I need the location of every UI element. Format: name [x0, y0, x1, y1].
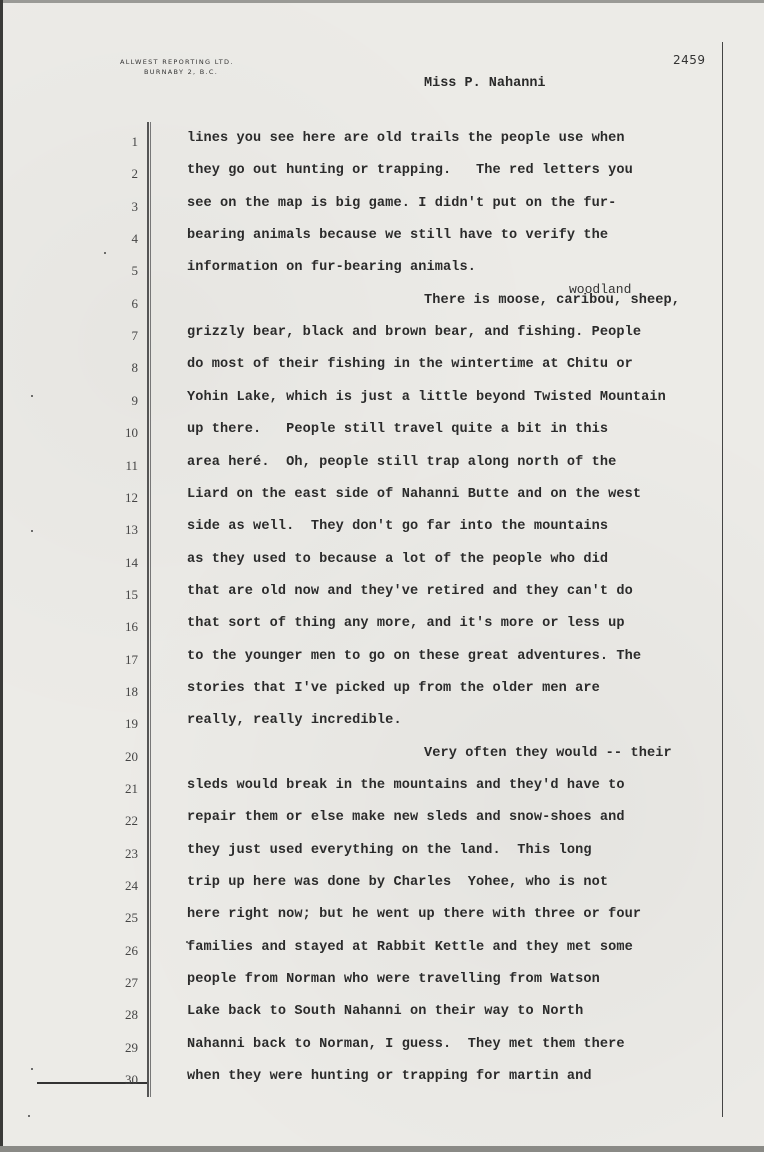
transcript-line: 5information on fur-bearing animals.: [0, 260, 764, 282]
line-text: here right now; but he went up there wit…: [187, 907, 641, 922]
line-text: Yohin Lake, which is just a little beyon…: [187, 390, 666, 405]
line-number: 22: [100, 813, 138, 829]
line-number: 1: [100, 134, 138, 150]
line-text: grizzly bear, black and brown bear, and …: [187, 325, 641, 340]
transcript-line: 13side as well. They don't go far into t…: [0, 519, 764, 541]
line-number: 19: [100, 716, 138, 732]
line-text: Lake back to South Nahanni on their way …: [187, 1004, 583, 1019]
line-text: stories that I've picked up from the old…: [187, 681, 600, 696]
line-text: as they used to because a lot of the peo…: [187, 552, 608, 567]
line-text: that sort of thing any more, and it's mo…: [187, 616, 625, 631]
transcript-line: 8do most of their fishing in the wintert…: [0, 357, 764, 379]
line-number: 4: [100, 231, 138, 247]
line-text: area heré. Oh, people still trap along n…: [187, 455, 616, 470]
transcript-line: 14as they used to because a lot of the p…: [0, 552, 764, 574]
page-edge-top: [0, 0, 764, 3]
line-number: 14: [100, 555, 138, 571]
transcript-line: 26families and stayed at Rabbit Kettle a…: [0, 940, 764, 962]
line-number: 13: [100, 522, 138, 538]
speck: [186, 941, 188, 943]
line-number: 26: [100, 943, 138, 959]
line-number: 29: [100, 1040, 138, 1056]
line-number: 3: [100, 199, 138, 215]
line-number: 8: [100, 360, 138, 376]
transcript-line: 30when they were hunting or trapping for…: [0, 1069, 764, 1091]
line-text: Liard on the east side of Nahanni Butte …: [187, 487, 641, 502]
reporter-location: BURNABY 2, B.C.: [120, 67, 234, 77]
transcript-line: 9Yohin Lake, which is just a little beyo…: [0, 390, 764, 412]
speck: [28, 1115, 30, 1117]
line-text: side as well. They don't go far into the…: [187, 519, 608, 534]
transcript-line: 27people from Norman who were travelling…: [0, 972, 764, 994]
line-text: repair them or else make new sleds and s…: [187, 810, 625, 825]
line-text: up there. People still travel quite a bi…: [187, 422, 608, 437]
line-number: 15: [100, 587, 138, 603]
line-number: 18: [100, 684, 138, 700]
line-text: they go out hunting or trapping. The red…: [187, 163, 633, 178]
line-text: lines you see here are old trails the pe…: [187, 131, 625, 146]
witness-name: Miss P. Nahanni: [424, 76, 546, 91]
line-number: 16: [100, 619, 138, 635]
line-text: they just used everything on the land. T…: [187, 843, 592, 858]
transcript-line: 28Lake back to South Nahanni on their wa…: [0, 1004, 764, 1026]
line-number: 2: [100, 166, 138, 182]
speck: [31, 530, 33, 532]
reporter-stamp: ALLWEST REPORTING LTD. BURNABY 2, B.C.: [120, 57, 234, 77]
transcript-page: ALLWEST REPORTING LTD. BURNABY 2, B.C. 2…: [0, 0, 764, 1152]
transcript-line: 12Liard on the east side of Nahanni Butt…: [0, 487, 764, 509]
transcript-line: 1lines you see here are old trails the p…: [0, 131, 764, 153]
transcript-line: 20Very often they would -- their: [0, 746, 764, 768]
line-number: 6: [100, 296, 138, 312]
page-edge-bottom: [0, 1146, 764, 1152]
line-text: really, really incredible.: [187, 713, 402, 728]
line-text: to the younger men to go on these great …: [187, 649, 641, 664]
line-number: 30: [100, 1072, 138, 1088]
reporter-name: ALLWEST REPORTING LTD.: [120, 57, 234, 67]
line-text: do most of their fishing in the winterti…: [187, 357, 633, 372]
transcript-line: 18stories that I've picked up from the o…: [0, 681, 764, 703]
line-text: bearing animals because we still have to…: [187, 228, 608, 243]
line-number: 21: [100, 781, 138, 797]
line-number: 27: [100, 975, 138, 991]
line-number: 11: [100, 458, 138, 474]
line-number: 17: [100, 652, 138, 668]
transcript-line: 29Nahanni back to Norman, I guess. They …: [0, 1037, 764, 1059]
transcript-line: 21sleds would break in the mountains and…: [0, 778, 764, 800]
transcript-line: 7grizzly bear, black and brown bear, and…: [0, 325, 764, 347]
line-text: trip up here was done by Charles Yohee, …: [187, 875, 608, 890]
speck: [104, 252, 106, 254]
transcript-line: 15that are old now and they've retired a…: [0, 584, 764, 606]
transcript-line: 11area heré. Oh, people still trap along…: [0, 455, 764, 477]
line-number: 5: [100, 263, 138, 279]
transcript-line: 6There is moose, caribou, sheep,: [0, 293, 764, 315]
line-number: 24: [100, 878, 138, 894]
line-text: people from Norman who were travelling f…: [187, 972, 600, 987]
line-number: 25: [100, 910, 138, 926]
transcript-line: 19really, really incredible.: [0, 713, 764, 735]
transcript-line: 25here right now; but he went up there w…: [0, 907, 764, 929]
transcript-line: 16that sort of thing any more, and it's …: [0, 616, 764, 638]
line-text: Very often they would -- their: [424, 746, 672, 761]
line-number: 20: [100, 749, 138, 765]
transcript-line: 10up there. People still travel quite a …: [0, 422, 764, 444]
speck: [31, 1068, 33, 1070]
page-number: 2459: [673, 53, 706, 67]
transcript-line: 23they just used everything on the land.…: [0, 843, 764, 865]
line-text: There is moose, caribou, sheep,: [424, 293, 680, 308]
line-text: families and stayed at Rabbit Kettle and…: [187, 940, 633, 955]
line-text: see on the map is big game. I didn't put…: [187, 196, 616, 211]
line-number: 10: [100, 425, 138, 441]
line-text: sleds would break in the mountains and t…: [187, 778, 625, 793]
line-number: 9: [100, 393, 138, 409]
line-number: 12: [100, 490, 138, 506]
transcript-line: 3see on the map is big game. I didn't pu…: [0, 196, 764, 218]
transcript-line: 2they go out hunting or trapping. The re…: [0, 163, 764, 185]
line-text: Nahanni back to Norman, I guess. They me…: [187, 1037, 625, 1052]
line-number: 7: [100, 328, 138, 344]
transcript-line: 24trip up here was done by Charles Yohee…: [0, 875, 764, 897]
transcript-line: 22repair them or else make new sleds and…: [0, 810, 764, 832]
line-number: 28: [100, 1007, 138, 1023]
line-text: information on fur-bearing animals.: [187, 260, 476, 275]
transcript-line: 17to the younger men to go on these grea…: [0, 649, 764, 671]
line-text: that are old now and they've retired and…: [187, 584, 633, 599]
transcript-line: 4bearing animals because we still have t…: [0, 228, 764, 250]
speck: [31, 395, 33, 397]
line-number: 23: [100, 846, 138, 862]
line-text: when they were hunting or trapping for m…: [187, 1069, 592, 1084]
